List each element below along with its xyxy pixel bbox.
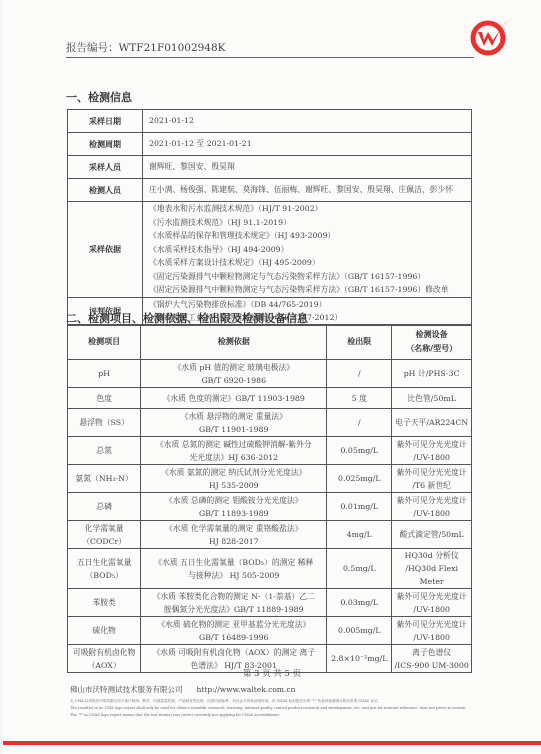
footer-company: 佛山市沃特测试技术服务有限公司http://www.waltek.com.cn xyxy=(70,684,295,695)
info-value: 《地表水和污水监测技术规范》（HJ/T 91-2002）《污水监测技术规范》（H… xyxy=(143,202,472,298)
company-name: 佛山市沃特测试技术服务有限公司 xyxy=(70,685,183,694)
test-items-table: 检测项目检测依据检出限检测设备 （名称/型号）pH《水质 pH 值的测定 玻璃电… xyxy=(67,324,472,673)
info-row: 检测周期2021-01-12 至 2021-01-21 xyxy=(68,133,472,156)
test-row: pH《水质 pH 值的测定 玻璃电极法》 GB/T 6920-1986/pH 计… xyxy=(68,360,472,388)
cell-limit: 0.01mg/L xyxy=(327,493,392,521)
cell-method: 《水质 化学需氧量的测定 重铬酸盐法》 HJ 828-2017 xyxy=(141,521,327,549)
cell-method: 《水质 总氮的测定 碱性过硫酸钾消解-紫外分 光光度法》HJ 636-2012 xyxy=(141,437,327,465)
report-number-label: 报告编号： xyxy=(66,42,119,54)
info-value: 庄小满、杨俊强、陈建航、莫海锋、伍丽梅、谢辉旺、黎国安、殷昊翔、庄佩洁、彭少怀 xyxy=(143,179,472,202)
column-header: 检测项目 xyxy=(68,325,141,360)
column-header: 检出限 xyxy=(327,325,392,360)
disclaimer-en-1: The result(s) in no CMA logo report shal… xyxy=(70,706,470,710)
disclaimer-cn: 无 CMA 标识报告中的结果仅用于客户科研、教学、内部质量控制、产品研发等目的，… xyxy=(70,699,470,704)
cell-limit: / xyxy=(327,409,392,437)
info-value: 2021-01-12 xyxy=(143,110,472,133)
cell-method: 《水质 硫化物的测定 亚甲基蓝分光光度法》 GB/T 16489-1996 xyxy=(141,617,327,645)
report-page: 报告编号：WTF21F01002948K 一、检测信息 采样日期2021-01-… xyxy=(3,0,541,754)
info-value-line: 《污水监测技术规范》（HJ 91.1-2019） xyxy=(149,216,465,230)
info-value: 谢辉旺、黎国安、殷昊翔 xyxy=(143,156,472,179)
cell-item: 五日生化需氧量 （BOD₅） xyxy=(68,549,141,589)
info-value-line: 《锅炉大气污染物排放标准》（DB 44/765-2019） xyxy=(149,298,465,312)
test-row: 五日生化需氧量 （BOD₅）《水质 五日生化需氧量（BOD₅）的测定 稀释 与接… xyxy=(68,549,472,589)
info-value-line: 《水质样品的保存和管理技术规定》（HJ 493-2009） xyxy=(149,229,465,243)
column-header: 检测设备 （名称/型号） xyxy=(392,325,472,360)
info-value-line: 庄小满、杨俊强、陈建航、莫海锋、伍丽梅、谢辉旺、黎国安、殷昊翔、庄佩洁、彭少怀 xyxy=(149,183,465,197)
test-row: 悬浮物（SS）《水质 悬浮物的测定 重量法》 GB/T 11901-1989/电… xyxy=(68,409,472,437)
cell-item: 氨氮（NH₃-N） xyxy=(68,465,141,493)
cell-equipment: pH 计/PHS-3C xyxy=(392,360,472,388)
info-row: 采样人员谢辉旺、黎国安、殷昊翔 xyxy=(68,156,472,179)
info-row: 检测人员庄小满、杨俊强、陈建航、莫海锋、伍丽梅、谢辉旺、黎国安、殷昊翔、庄佩洁、… xyxy=(68,179,472,202)
cell-limit: 4mg/L xyxy=(327,521,392,549)
report-number-value: WTF21F01002948K xyxy=(119,42,226,54)
section-title-inspection-info: 一、检测信息 xyxy=(66,89,132,105)
info-value-line: 《水质采样方案设计技术规定》（HJ 495-2009） xyxy=(149,256,465,270)
info-label: 采样日期 xyxy=(68,110,143,133)
footer-red-bar xyxy=(3,741,541,745)
cell-item: pH xyxy=(68,360,141,388)
test-row: 总磷《水质 总磷的测定 钼酸铵分光光度法》 GB/T 11893-19890.0… xyxy=(68,493,472,521)
info-value-line: 《水质采样技术指导》（HJ 494-2009） xyxy=(149,243,465,257)
disclaimer-en-2: The "*" in CNAS logo report means that t… xyxy=(70,713,470,717)
cell-item: 色度 xyxy=(68,388,141,409)
cell-item: 化学需氧量 （CODCr） xyxy=(68,521,141,549)
cell-equipment: 紫外可见分光光度计 /UV-1800 xyxy=(392,437,472,465)
report-number: 报告编号：WTF21F01002948K xyxy=(66,40,474,58)
cell-equipment: HQ30d 分析仪 /HQ30d Flexi Meter xyxy=(392,549,472,589)
page-indicator: 第 3 页 共 5 页 xyxy=(3,667,541,679)
cell-equipment: 电子天平/AR224CN xyxy=(392,409,472,437)
company-url[interactable]: http://www.waltek.com.cn xyxy=(197,685,296,694)
info-row: 采样日期2021-01-12 xyxy=(68,110,472,133)
test-row: 苯胺类《水质 苯胺类化合物的测定 N-（1-萘基）乙二 胺偶氮分光光度法》GB/… xyxy=(68,589,472,617)
cell-limit: 0.005mg/L xyxy=(327,617,392,645)
cell-item: 悬浮物（SS） xyxy=(68,409,141,437)
test-row: 硫化物《水质 硫化物的测定 亚甲基蓝分光光度法》 GB/T 16489-1996… xyxy=(68,617,472,645)
cell-equipment: 比色管/50mL xyxy=(392,388,472,409)
cell-equipment: 紫外可见分光光度计 /UV-1800 xyxy=(392,493,472,521)
cell-item: 硫化物 xyxy=(68,617,141,645)
cell-limit: 5 度 xyxy=(327,388,392,409)
info-value-line: 2021-01-12 至 2021-01-21 xyxy=(149,137,465,151)
cell-method: 《水质 pH 值的测定 玻璃电极法》 GB/T 6920-1986 xyxy=(141,360,327,388)
cell-method: 《水质 氨氮的测定 纳氏试剂分光光度法》 HJ 535-2009 xyxy=(141,465,327,493)
cell-method: 《水质 苯胺类化合物的测定 N-（1-萘基）乙二 胺偶氮分光光度法》GB/T 1… xyxy=(141,589,327,617)
cell-method: 《水质 总磷的测定 钼酸铵分光光度法》 GB/T 11893-1989 xyxy=(141,493,327,521)
inspection-info-table: 采样日期2021-01-12检测周期2021-01-12 至 2021-01-2… xyxy=(67,109,472,326)
test-row: 色度《水质 色度的测定》GB/T 11903-19895 度比色管/50mL xyxy=(68,388,472,409)
test-row: 总氮《水质 总氮的测定 碱性过硫酸钾消解-紫外分 光光度法》HJ 636-201… xyxy=(68,437,472,465)
cell-item: 总氮 xyxy=(68,437,141,465)
cell-method: 《水质 悬浮物的测定 重量法》 GB/T 11901-1989 xyxy=(141,409,327,437)
info-label: 采样依据 xyxy=(68,202,143,298)
cell-limit: 0.03mg/L xyxy=(327,589,392,617)
info-value-line: 2021-01-12 xyxy=(149,114,465,128)
cell-item: 苯胺类 xyxy=(68,589,141,617)
cell-method: 《水质 色度的测定》GB/T 11903-1989 xyxy=(141,388,327,409)
test-table-header: 检测项目检测依据检出限检测设备 （名称/型号） xyxy=(68,325,472,360)
cell-equipment: 紫外可见分光光度计 /UV-1800 xyxy=(392,589,472,617)
info-value-line: 《地表水和污水监测技术规范》（HJ/T 91-2002） xyxy=(149,202,465,216)
info-value: 2021-01-12 至 2021-01-21 xyxy=(143,133,472,156)
info-label: 检测人员 xyxy=(68,179,143,202)
info-row: 采样依据《地表水和污水监测技术规范》（HJ/T 91-2002）《污水监测技术规… xyxy=(68,202,472,298)
test-row: 氨氮（NH₃-N）《水质 氨氮的测定 纳氏试剂分光光度法》 HJ 535-200… xyxy=(68,465,472,493)
cell-equipment: 紫外可见分光光度计 /T6 新世纪 xyxy=(392,465,472,493)
cell-equipment: 紫外可见分光光度计 /UV-1800 xyxy=(392,617,472,645)
column-header: 检测依据 xyxy=(141,325,327,360)
info-label: 检测周期 xyxy=(68,133,143,156)
cell-method: 《水质 五日生化需氧量（BOD₅）的测定 稀释 与接种法》 HJ 505-200… xyxy=(141,549,327,589)
cell-limit: 0.025mg/L xyxy=(327,465,392,493)
info-value-line: 谢辉旺、黎国安、殷昊翔 xyxy=(149,160,465,174)
cell-limit: 0.05mg/L xyxy=(327,437,392,465)
info-value-line: 《固定污染源排气中颗粒物测定与气态污染物采样方法》（GB/T 16157-199… xyxy=(149,283,465,297)
info-label: 采样人员 xyxy=(68,156,143,179)
cell-limit: 0.5mg/L xyxy=(327,549,392,589)
cell-equipment: 酸式滴定管/50mL xyxy=(392,521,472,549)
test-row: 化学需氧量 （CODCr）《水质 化学需氧量的测定 重铬酸盐法》 HJ 828-… xyxy=(68,521,472,549)
cell-limit: / xyxy=(327,360,392,388)
info-value-line: 《固定污染源排气中颗粒物测定与气态污染物采样方法》（GB/T 16157-199… xyxy=(149,270,465,284)
cell-item: 总磷 xyxy=(68,493,141,521)
